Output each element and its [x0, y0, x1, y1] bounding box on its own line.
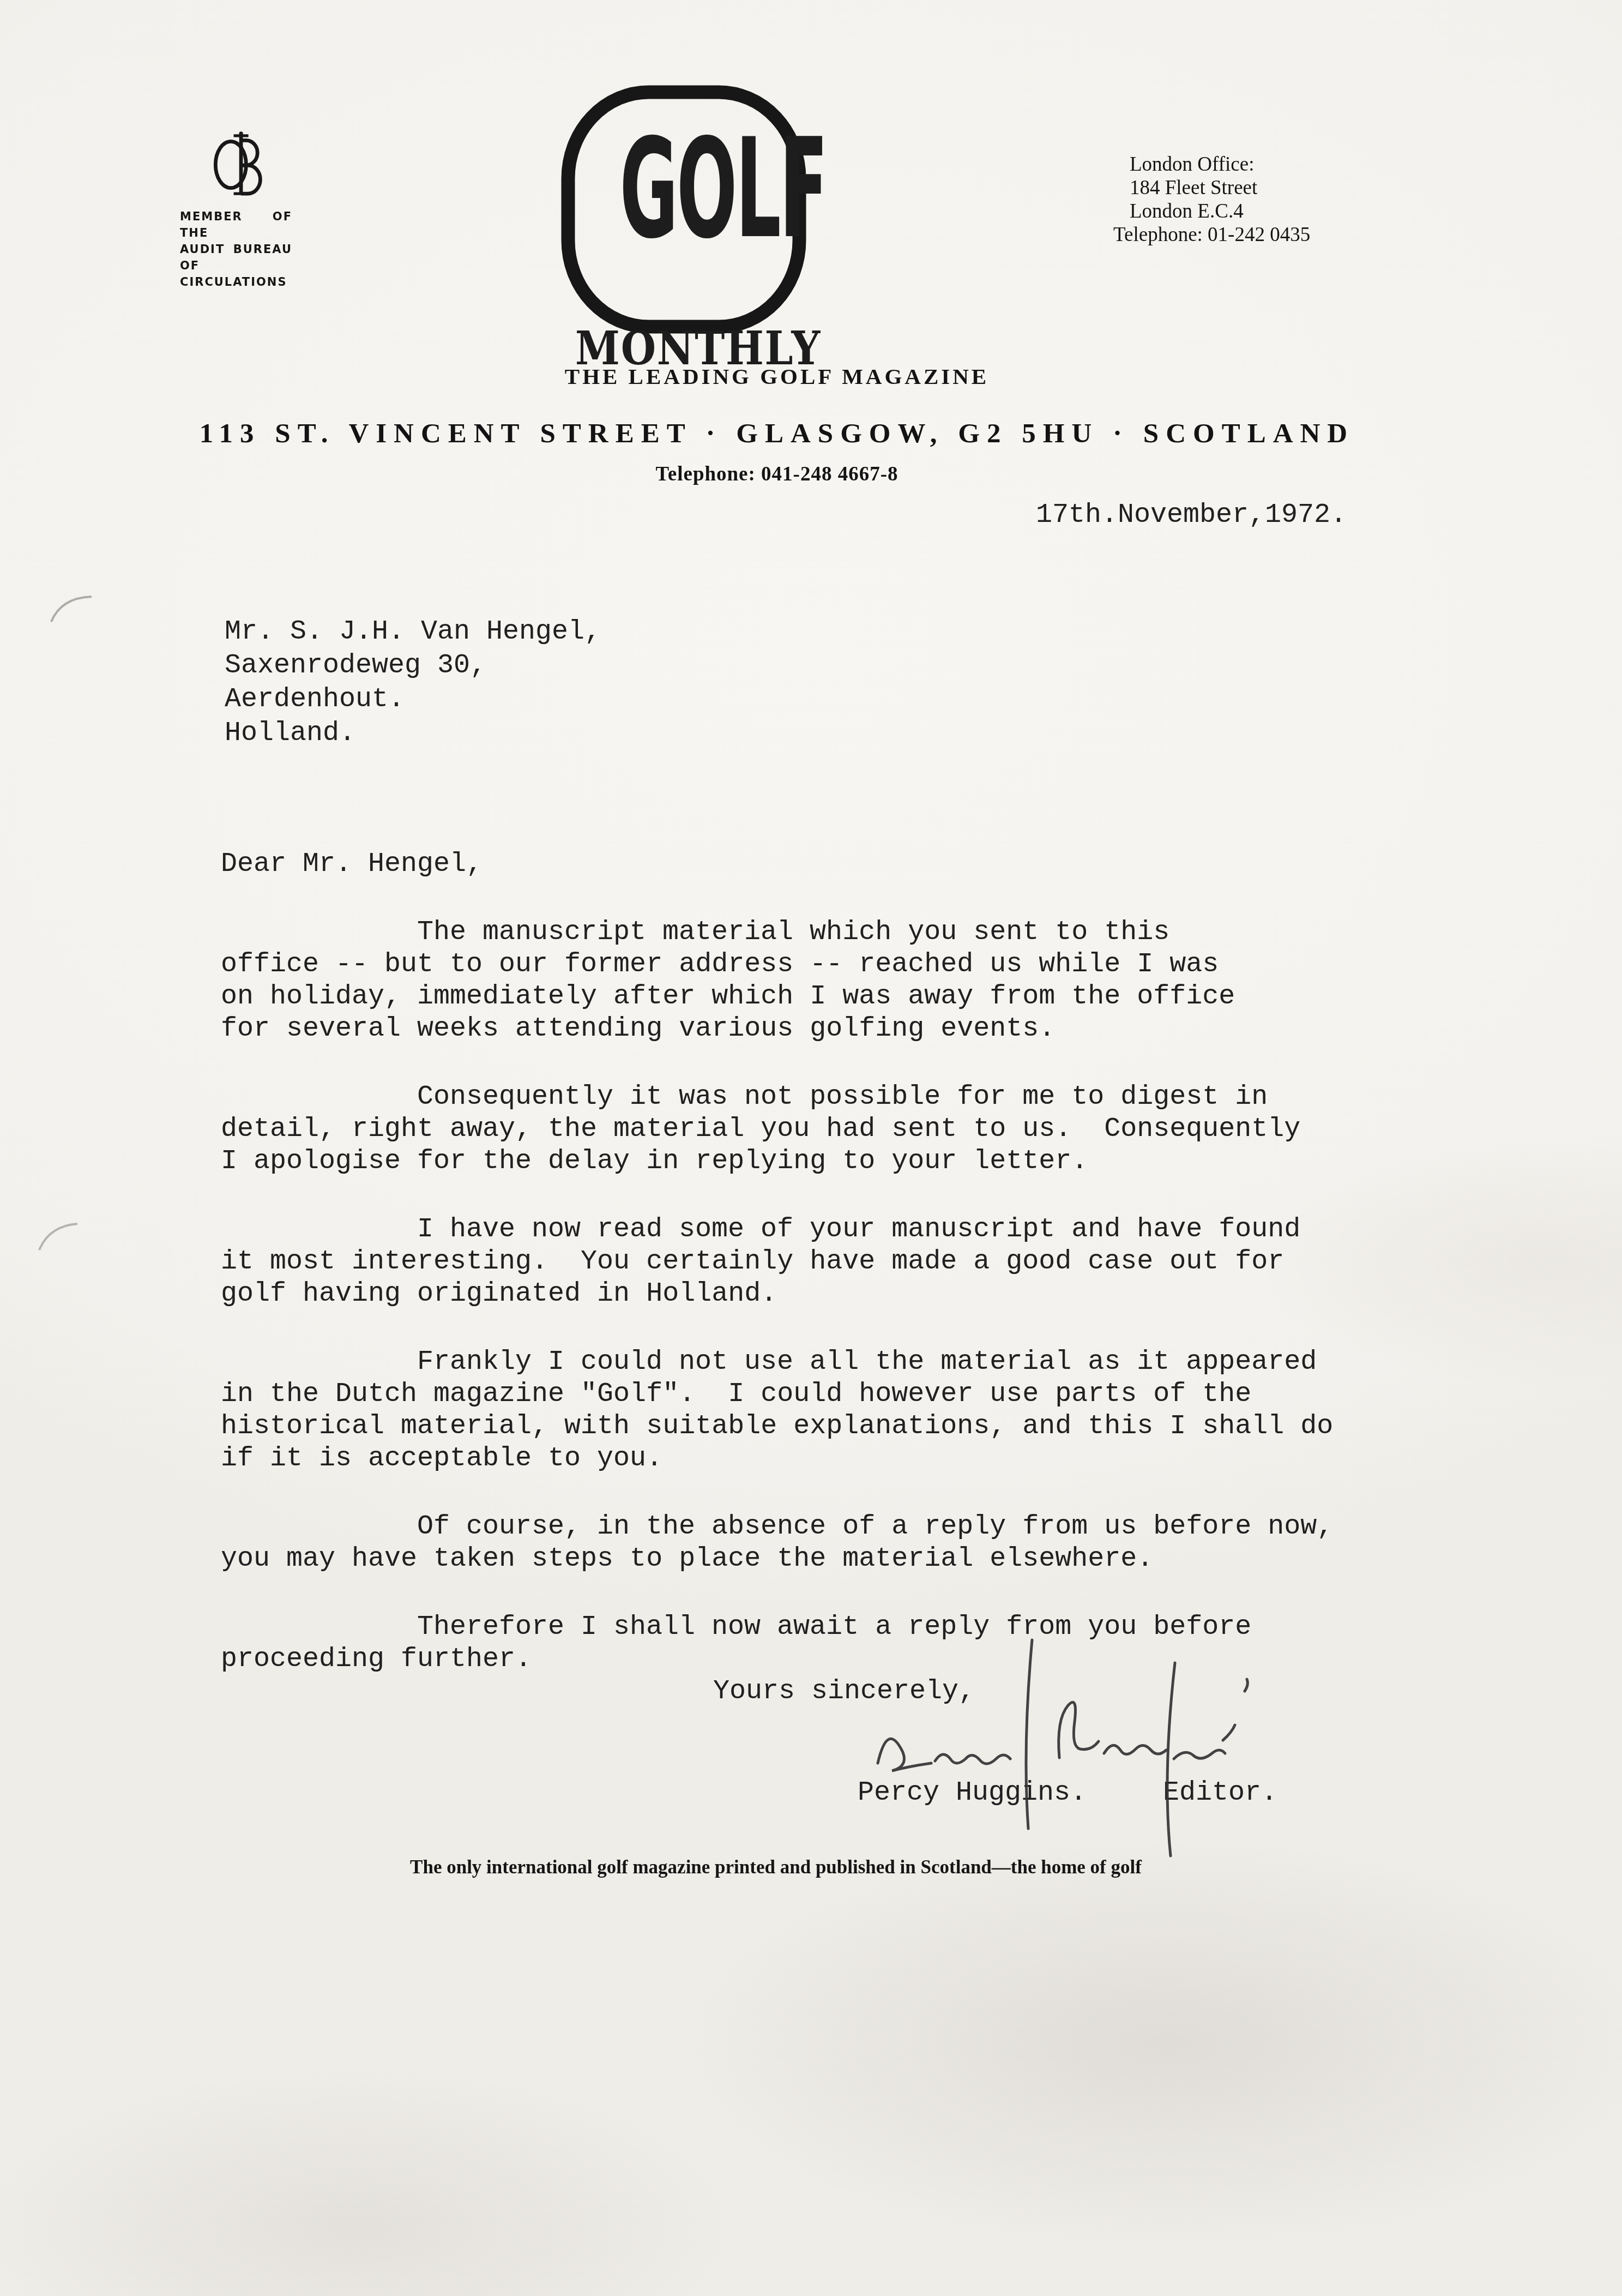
letter-line: you may have taken steps to place the ma… — [221, 1543, 1453, 1575]
letter-line: I apologise for the delay in replying to… — [221, 1145, 1453, 1177]
signer-title: Editor. — [1163, 1777, 1277, 1808]
letter-line: on holiday, immediately after which I wa… — [221, 981, 1453, 1013]
recipient-line: Aerdenhout. — [225, 683, 601, 717]
recipient-line: Saxenrodeweg 30, — [225, 649, 601, 683]
london-office-line: London E.C.4 — [1113, 200, 1310, 223]
hq-telephone-line: Telephone: 041-248 4667-8 — [0, 462, 1554, 486]
letter-line: for several weeks attending various golf… — [221, 1013, 1453, 1045]
margin-mark-icon — [33, 1216, 93, 1254]
london-office-block: London Office:184 Fleet StreetLondon E.C… — [1113, 153, 1310, 247]
paragraph: Therefore I shall now await a reply from… — [221, 1611, 1453, 1675]
abc-caption-line: AUDIT BUREAU — [180, 241, 292, 257]
letter-line: Frankly I could not use all the material… — [221, 1346, 1453, 1378]
paragraph: The manuscript material which you sent t… — [221, 916, 1453, 1045]
recipient-line: Mr. S. J.H. Van Hengel, — [225, 615, 601, 649]
letter-line: Therefore I shall now await a reply from… — [221, 1611, 1453, 1643]
abc-caption-line: OF CIRCULATIONS — [180, 257, 292, 290]
recipient-line: Holland. — [225, 717, 601, 750]
golf-monthly-logo: GOLF MONTHLY — [560, 85, 807, 334]
letter-line: The manuscript material which you sent t… — [221, 916, 1453, 948]
london-office-line: 184 Fleet Street — [1113, 176, 1310, 200]
paragraph: I have now read some of your manuscript … — [221, 1213, 1453, 1310]
margin-mark-icon — [44, 589, 109, 627]
logo-golf-text: GOLF — [619, 121, 747, 258]
letter-line: office -- but to our former address -- r… — [221, 948, 1453, 981]
hq-address-line: 113 ST. VINCENT STREET · GLASGOW, G2 5HU… — [0, 418, 1554, 449]
salutation: Dear Mr. Hengel, — [221, 848, 1453, 880]
paragraph: Frankly I could not use all the material… — [221, 1346, 1453, 1475]
letter-line: proceeding further. — [221, 1643, 1453, 1675]
paragraph: Of course, in the absence of a reply fro… — [221, 1511, 1453, 1575]
letter-line: it most interesting. You certainly have … — [221, 1246, 1453, 1278]
signer-line: Percy Huggins.Editor. — [221, 1777, 1453, 1809]
paragraphs: The manuscript material which you sent t… — [221, 916, 1453, 1675]
letter-line: Consequently it was not possible for me … — [221, 1081, 1453, 1113]
letter-date: 17th.November,1972. — [1036, 500, 1347, 531]
london-office-line: London Office: — [1113, 153, 1310, 176]
letter-line: in the Dutch magazine "Golf". I could ho… — [221, 1378, 1453, 1410]
letter-line: detail, right away, the material you had… — [221, 1113, 1453, 1145]
closing: Yours sincerely, — [221, 1675, 1453, 1708]
letter-line: I have now read some of your manuscript … — [221, 1213, 1453, 1246]
recipient-block: Mr. S. J.H. Van Hengel,Saxenrodeweg 30,A… — [225, 615, 601, 750]
abc-monogram-icon — [212, 131, 268, 199]
paragraph: Consequently it was not possible for me … — [221, 1081, 1453, 1177]
letter-body: Dear Mr. Hengel, The manuscript material… — [221, 848, 1453, 1809]
letter-line: Of course, in the absence of a reply fro… — [221, 1511, 1453, 1543]
letter-line: golf having originated in Holland. — [221, 1278, 1453, 1310]
abc-logo: MEMBER OF THEAUDIT BUREAUOF CIRCULATIONS — [180, 131, 300, 290]
london-office-line: Telephone: 01-242 0435 — [1113, 223, 1310, 247]
tagline: THE LEADING GOLF MAGAZINE — [0, 363, 1554, 389]
letter-line: if it is acceptable to you. — [221, 1442, 1453, 1475]
abc-caption-line: MEMBER OF THE — [180, 208, 292, 241]
letter-line: historical material, with suitable expla… — [221, 1410, 1453, 1442]
letter-page: MEMBER OF THEAUDIT BUREAUOF CIRCULATIONS… — [0, 0, 1622, 2296]
signer-name: Percy Huggins. — [858, 1777, 1087, 1808]
footer-tagline: The only international golf magazine pri… — [0, 1856, 1552, 1878]
abc-caption: MEMBER OF THEAUDIT BUREAUOF CIRCULATIONS — [180, 208, 292, 290]
